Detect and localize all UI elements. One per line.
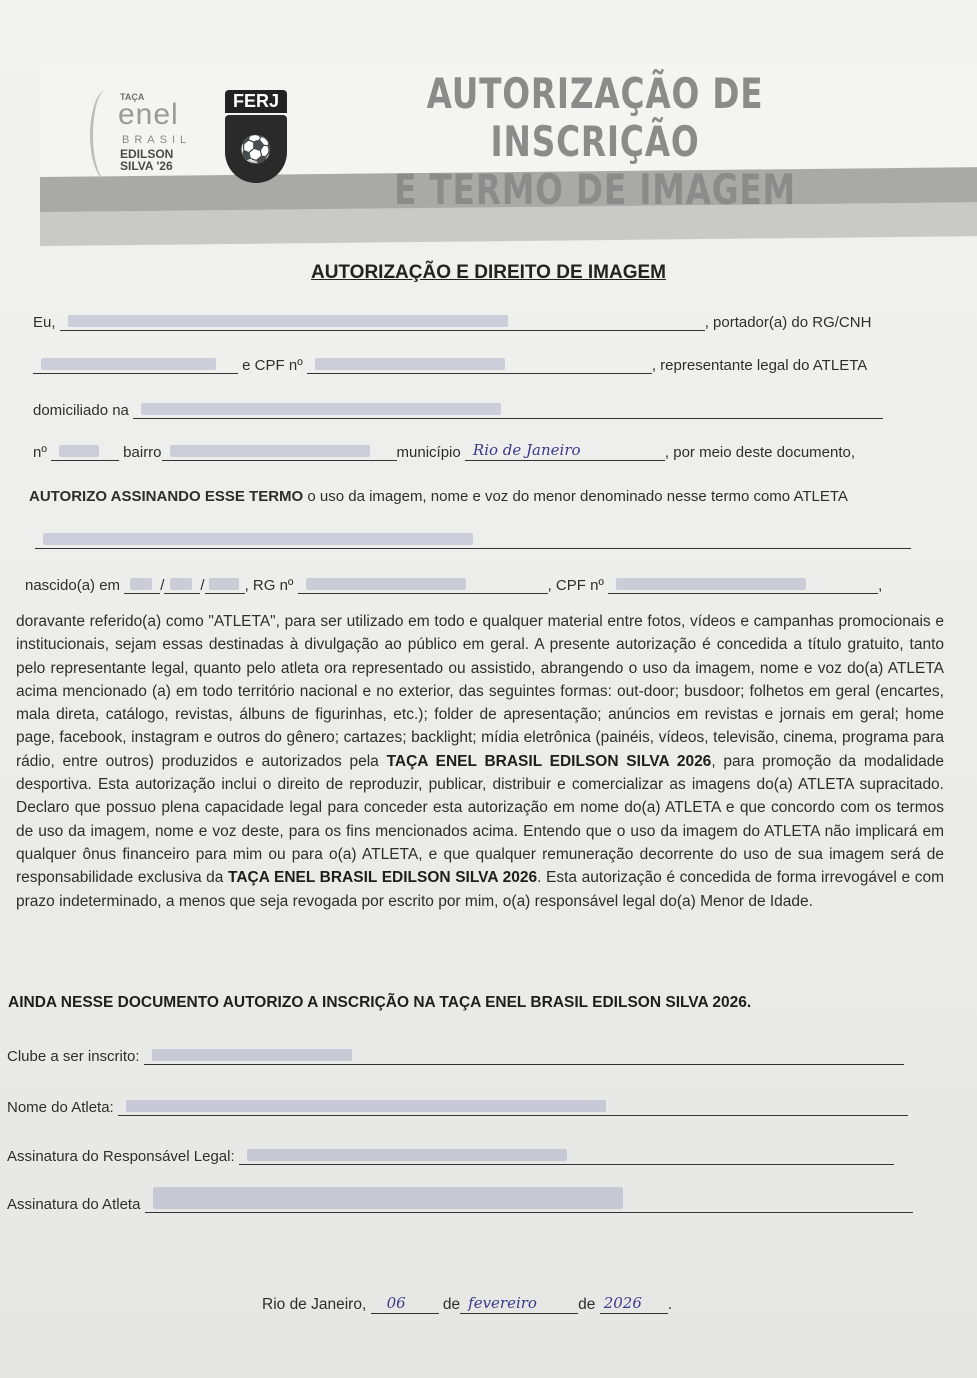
taca-enel-logo: TAÇA enel BRASIL EDILSON SILVA '26 bbox=[90, 84, 210, 174]
header-banner: TAÇA enel BRASIL EDILSON SILVA '26 FERJ … bbox=[40, 62, 977, 242]
municipio-field[interactable]: Rio de Janeiro bbox=[465, 442, 665, 461]
locality-line: nº bairro município Rio de Janeiro , por… bbox=[33, 442, 855, 461]
guardian-rg-field[interactable] bbox=[33, 355, 238, 374]
address-field[interactable] bbox=[133, 400, 883, 419]
athlete-signature-row: Assinatura do Atleta bbox=[7, 1194, 913, 1213]
redacted-guardian-rg bbox=[41, 358, 216, 370]
club-row: Clube a ser inscrito: bbox=[7, 1046, 904, 1065]
athlete-name-row: Nome do Atleta: bbox=[7, 1097, 908, 1116]
redacted-bairro bbox=[170, 445, 370, 457]
athlete-signature-field[interactable] bbox=[145, 1194, 913, 1213]
address-line: domiciliado na bbox=[33, 400, 883, 419]
redacted-athlete-cpf bbox=[616, 578, 806, 590]
shield-icon: ⚽ bbox=[225, 115, 287, 183]
document-title: AUTORIZAÇÃO DE INSCRIÇÃO E TERMO DE IMAG… bbox=[377, 70, 814, 214]
inscription-heading: AINDA NESSE DOCUMENTO AUTORIZO A INSCRIÇ… bbox=[8, 994, 751, 1012]
athlete-name-field-2[interactable] bbox=[118, 1097, 908, 1116]
bairro-field[interactable] bbox=[162, 442, 397, 461]
guardian-name-field[interactable] bbox=[60, 312, 705, 331]
redacted-guardian-name bbox=[68, 315, 508, 327]
date-line: Rio de Janeiro, 06 defevereirode 2026. bbox=[262, 1295, 672, 1314]
date-day-field[interactable]: 06 bbox=[371, 1295, 439, 1314]
athlete-ids-line: nascido(a) em //, RG nº , CPF nº , bbox=[25, 575, 882, 594]
birth-month-field[interactable] bbox=[164, 575, 200, 594]
athlete-name-line bbox=[35, 530, 911, 549]
redacted-number bbox=[59, 445, 99, 457]
date-year-field[interactable]: 2026 bbox=[600, 1295, 668, 1314]
redacted-athlete-name bbox=[43, 533, 473, 545]
redacted-club bbox=[152, 1049, 352, 1061]
redacted-athlete-name-2 bbox=[126, 1100, 606, 1112]
redacted-athlete-signature bbox=[153, 1187, 623, 1209]
ferj-logo: FERJ ⚽ bbox=[225, 90, 287, 190]
guardian-signature-row: Assinatura do Responsável Legal: bbox=[7, 1146, 894, 1165]
athlete-cpf-field[interactable] bbox=[608, 575, 878, 594]
athlete-rg-field[interactable] bbox=[298, 575, 548, 594]
redacted-athlete-rg bbox=[306, 578, 466, 590]
date-month-field[interactable]: fevereiro bbox=[460, 1295, 578, 1314]
document-page: TAÇA enel BRASIL EDILSON SILVA '26 FERJ … bbox=[0, 0, 977, 1378]
authorization-line: AUTORIZO ASSINANDO ESSE TERMO o uso da i… bbox=[29, 488, 848, 505]
club-field[interactable] bbox=[144, 1046, 904, 1065]
terms-paragraph: doravante referido(a) como "ATLETA", par… bbox=[16, 610, 944, 913]
number-field[interactable] bbox=[51, 442, 119, 461]
birth-year-field[interactable] bbox=[205, 575, 245, 594]
athlete-name-field[interactable] bbox=[35, 530, 911, 549]
redacted-guardian-cpf bbox=[315, 358, 505, 370]
redacted-address bbox=[141, 403, 501, 415]
guardian-cpf-field[interactable] bbox=[307, 355, 652, 374]
section-title: AUTORIZAÇÃO E DIREITO DE IMAGEM bbox=[0, 262, 977, 284]
birth-day-field[interactable] bbox=[124, 575, 160, 594]
redacted-guardian-signature bbox=[247, 1149, 567, 1161]
guardian-ids-line: e CPF nº , representante legal do ATLETA bbox=[33, 355, 867, 374]
guardian-line: Eu, , portador(a) do RG/CNH bbox=[33, 312, 871, 331]
guardian-signature-field[interactable] bbox=[239, 1146, 894, 1165]
